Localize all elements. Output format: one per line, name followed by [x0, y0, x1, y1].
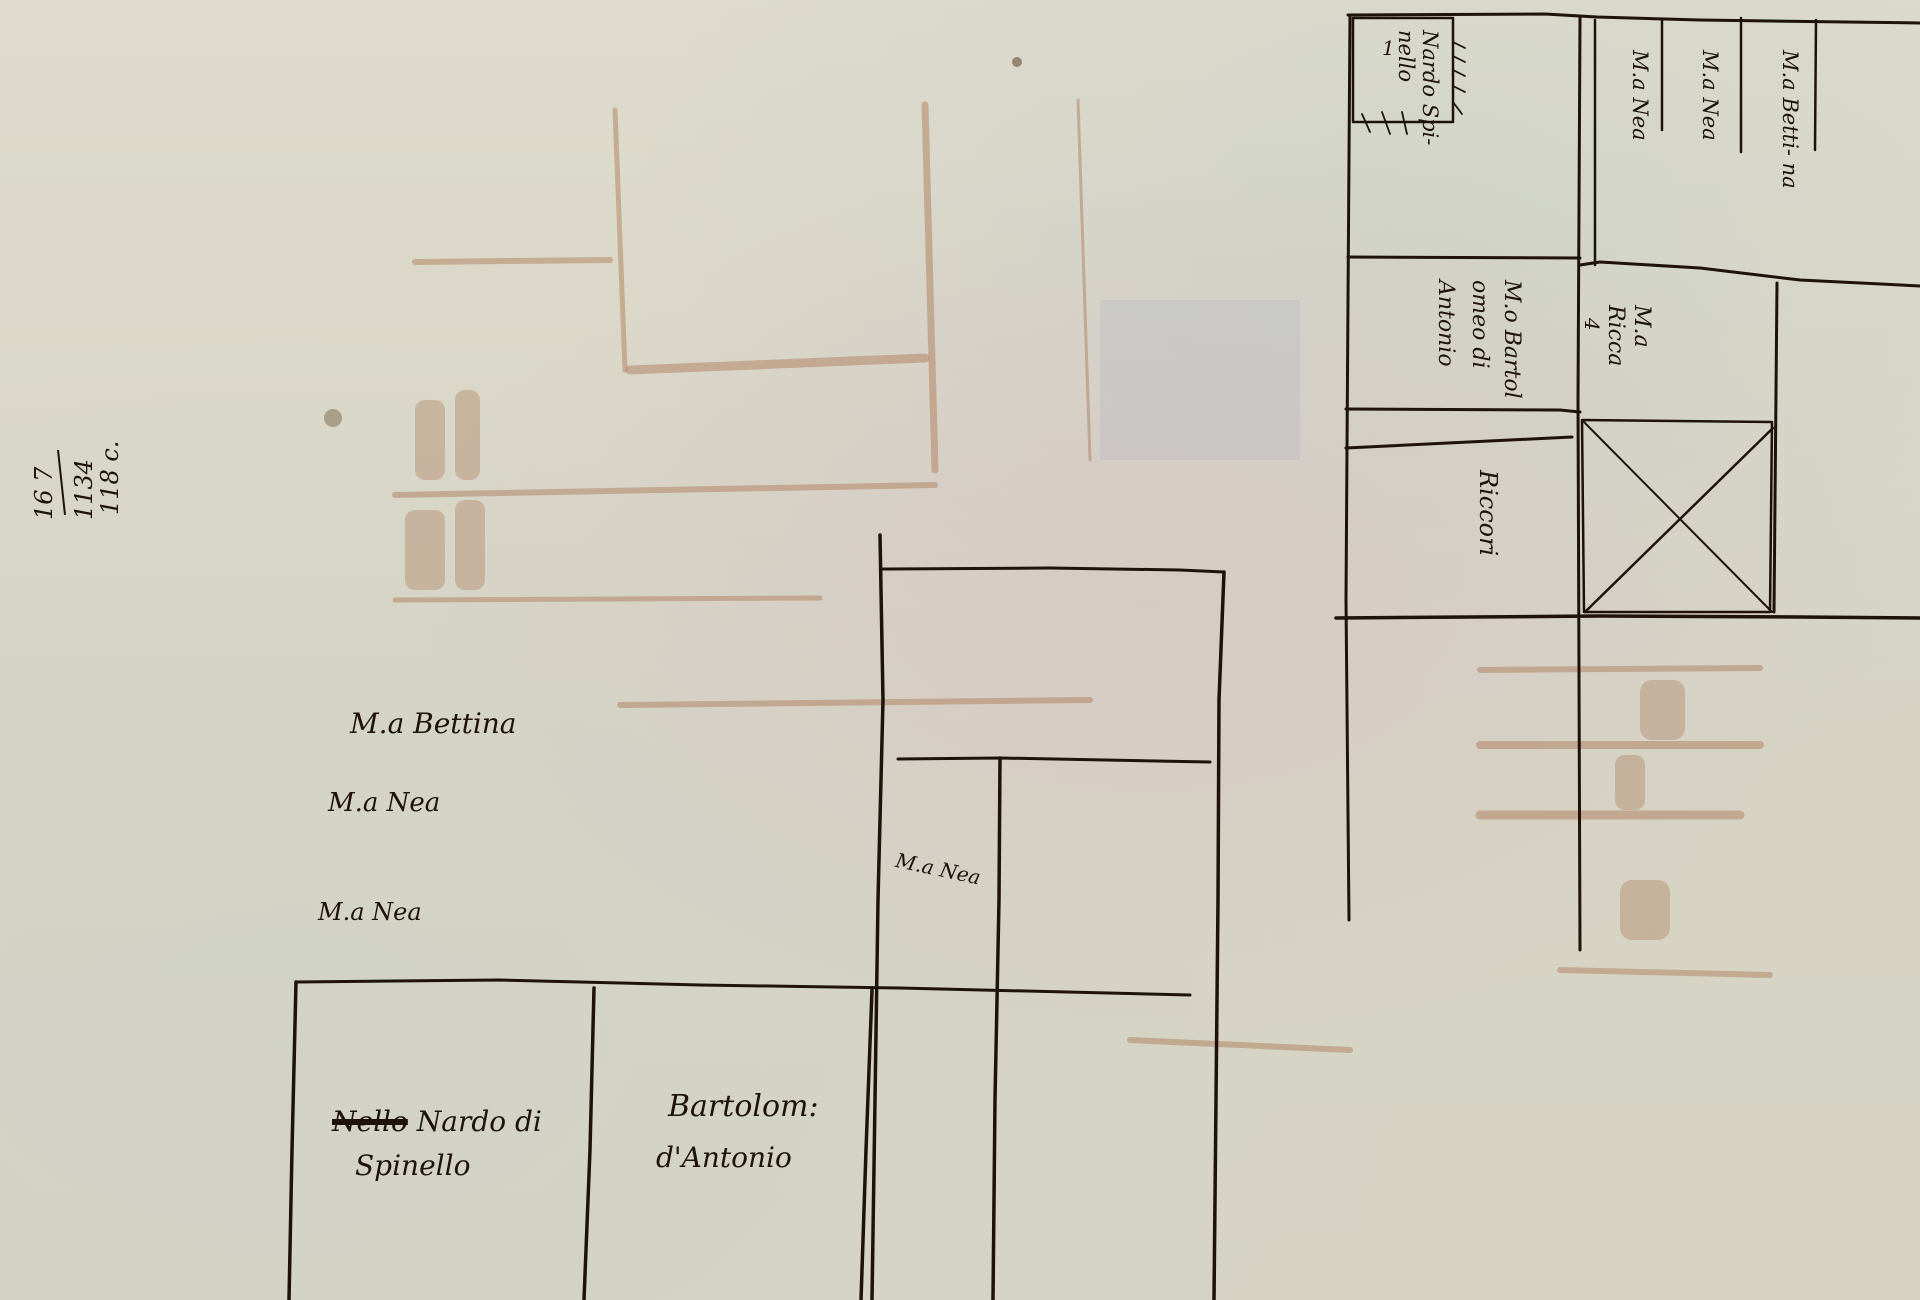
- room-b-label-3: 4: [1582, 318, 1602, 331]
- room-a-label-3: Antonio: [1434, 280, 1456, 367]
- room-a-label-2: omeo di: [1468, 280, 1490, 368]
- hatched-room-label-1: Nardo Spi-: [1419, 30, 1440, 145]
- left-label-3: M.a Nea: [318, 900, 422, 924]
- room-a-label-1: M.o Bartol: [1500, 280, 1522, 399]
- column-label-2: M.a Nea: [1699, 50, 1720, 141]
- bottom-left-room-label-line1: Nello Nardo di: [332, 1108, 542, 1136]
- bottom-left-room-label-line2: Spinello: [355, 1152, 470, 1180]
- room-b-label-1: M.a: [1630, 305, 1652, 348]
- bottom-mid-room-label-line2: d'Antonio: [656, 1144, 792, 1172]
- column-label-1: M.a Nea: [1629, 50, 1650, 141]
- room-c-label: Riccori: [1476, 470, 1500, 556]
- left-label-2: M.a Nea: [328, 790, 440, 816]
- margin-note-rule: [0, 0, 1920, 1300]
- hatched-room-label-2: nello: [1395, 30, 1416, 82]
- struck-out-word: Nello: [332, 1105, 408, 1138]
- bottom-left-room-name: Nardo di: [417, 1105, 542, 1138]
- column-label-3: M.a Betti- na: [1779, 50, 1800, 189]
- left-label-1: M.a Bettina: [350, 710, 517, 738]
- hatched-room-number: 1: [1382, 38, 1395, 58]
- room-b-label-2: Ricca: [1604, 305, 1626, 366]
- bottom-mid-room-label-line1: Bartolom:: [668, 1092, 819, 1122]
